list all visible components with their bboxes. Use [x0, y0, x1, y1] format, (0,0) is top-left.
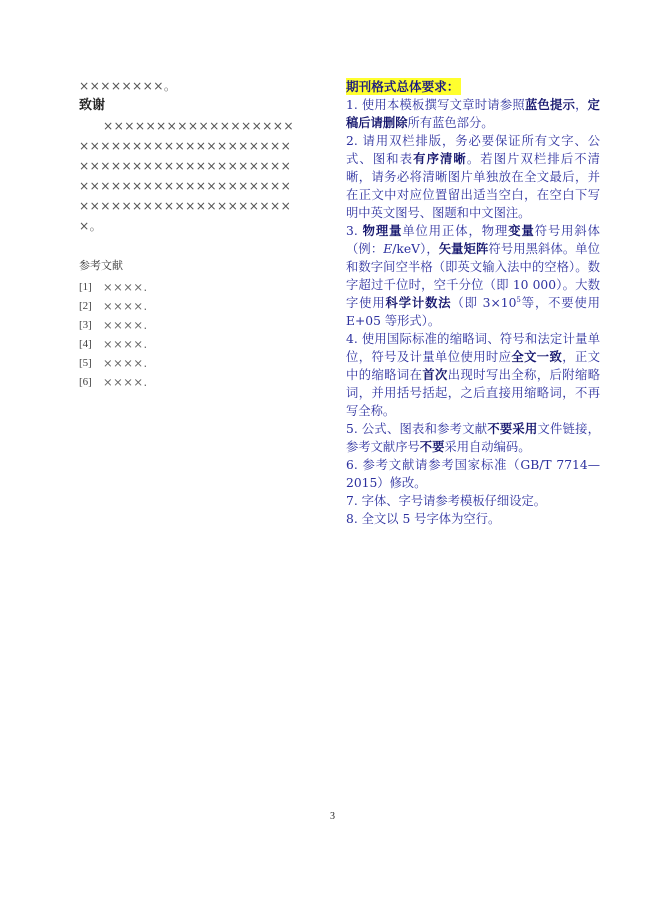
acknowledgement-line: ×××××××××××××××××× [79, 116, 329, 136]
left-column: ××××××××。 致谢 ×××××××××××××××××× ××××××××… [79, 76, 329, 392]
reference-number: [4] [79, 335, 103, 354]
reference-item: [4] ××××. [79, 335, 329, 354]
reference-number: [5] [79, 354, 103, 373]
requirement-text: 7. 字体、字号请参考模板仔细设定。 [346, 494, 546, 508]
requirement-text: E [383, 242, 392, 256]
reference-item: [3] ××××. [79, 316, 329, 335]
requirement-text: 采用自动编码。 [444, 440, 530, 454]
requirement-text: ， [575, 98, 588, 112]
reference-number: [2] [79, 297, 103, 316]
requirement-item-8: 8. 全文以 5 号字体为空行。 [346, 510, 600, 528]
reference-text: ××××. [103, 316, 148, 335]
requirement-item-5: 5. 公式、图表和参考文献不要采用文件链接，参考文献序号不要采用自动编码。 [346, 420, 600, 456]
requirement-text: /keV）， [392, 242, 439, 256]
reference-text: ××××. [103, 297, 148, 316]
references-list: [1] ××××. [2] ××××. [3] ××××. [4] ××××. … [79, 278, 329, 392]
reference-item: [6] ××××. [79, 373, 329, 392]
emphasis-text: 矢量矩阵 [439, 241, 489, 256]
emphasis-text: 全文一致 [511, 349, 562, 364]
reference-item: [5] ××××. [79, 354, 329, 373]
acknowledgement-line: ×××××××××××××××××××× [79, 176, 329, 196]
requirement-item-1: 1. 使用本模板撰写文章时请参照蓝色提示，定稿后请删除所有蓝色部分。 [346, 96, 600, 132]
reference-number: [1] [79, 278, 103, 297]
emphasis-text: 物理量 [363, 223, 403, 238]
requirement-item-4: 4. 使用国际标准的缩略词、符号和法定计量单位，符号及计量单位使用时应全文一致，… [346, 330, 600, 420]
reference-text: ××××. [103, 354, 148, 373]
requirement-text: 1. 使用本模板撰写文章时请参照 [346, 98, 525, 112]
requirement-item-3: 3. 物理量单位用正体，物理变量符号用斜体（例：E/keV），矢量矩阵符号用黑斜… [346, 222, 600, 330]
requirement-text: 8. 全文以 5 号字体为空行。 [346, 512, 500, 526]
requirement-text: 所有蓝色部分。 [408, 116, 494, 130]
references-heading: 参考文献 [79, 258, 329, 274]
acknowledgement-body: ×××××××××××××××××× ×××××××××××××××××××× … [79, 116, 329, 236]
acknowledgement-line: ×××××××××××××××××××× [79, 196, 329, 216]
requirement-item-2: 2. 请用双栏排版，务必要保证所有文字、公式、图和表有序清晰。若图片双栏排后不清… [346, 132, 600, 222]
reference-number: [3] [79, 316, 103, 335]
emphasis-text: 不要采用 [487, 421, 537, 436]
emphasis-text: 不要 [420, 439, 445, 454]
reference-text: ××××. [103, 278, 148, 297]
emphasis-text: 首次 [422, 367, 447, 382]
requirement-text: 3. [346, 224, 363, 238]
reference-text: ××××. [103, 373, 148, 392]
right-column-format-requirements: 期刊格式总体要求： 1. 使用本模板撰写文章时请参照蓝色提示，定稿后请删除所有蓝… [346, 78, 600, 528]
requirements-list: 1. 使用本模板撰写文章时请参照蓝色提示，定稿后请删除所有蓝色部分。2. 请用双… [346, 96, 600, 528]
emphasis-text: 科学计数法 [386, 295, 452, 310]
requirement-text: 5. 公式、图表和参考文献 [346, 422, 487, 436]
requirement-item-6: 6. 参考文献请参考国家标准（GB/T 7714—2015）修改。 [346, 456, 600, 492]
document-page: ××××××××。 致谢 ×××××××××××××××××× ××××××××… [0, 0, 669, 908]
requirements-heading: 期刊格式总体要求： [346, 78, 461, 95]
intro-tail-text: ××××××××。 [79, 76, 329, 96]
requirement-text: 单位用正体，物理 [402, 224, 508, 238]
requirement-text: （即 3×10 [451, 296, 516, 310]
emphasis-text: 有序清晰 [413, 151, 467, 166]
reference-item: [1] ××××. [79, 278, 329, 297]
requirement-text: 6. 参考文献请参考国家标准（GB/T 7714—2015）修改。 [346, 458, 600, 490]
reference-text: ××××. [103, 335, 148, 354]
requirement-item-7: 7. 字体、字号请参考模板仔细设定。 [346, 492, 600, 510]
reference-number: [6] [79, 373, 103, 392]
page-number: 3 [330, 811, 335, 822]
emphasis-text: 变量 [508, 223, 534, 238]
acknowledgement-heading: 致谢 [79, 96, 329, 116]
acknowledgement-line: ×。 [79, 216, 329, 236]
reference-item: [2] ××××. [79, 297, 329, 316]
acknowledgement-line: ×××××××××××××××××××× [79, 136, 329, 156]
acknowledgement-line: ×××××××××××××××××××× [79, 156, 329, 176]
emphasis-text: 蓝色提示 [525, 97, 575, 112]
